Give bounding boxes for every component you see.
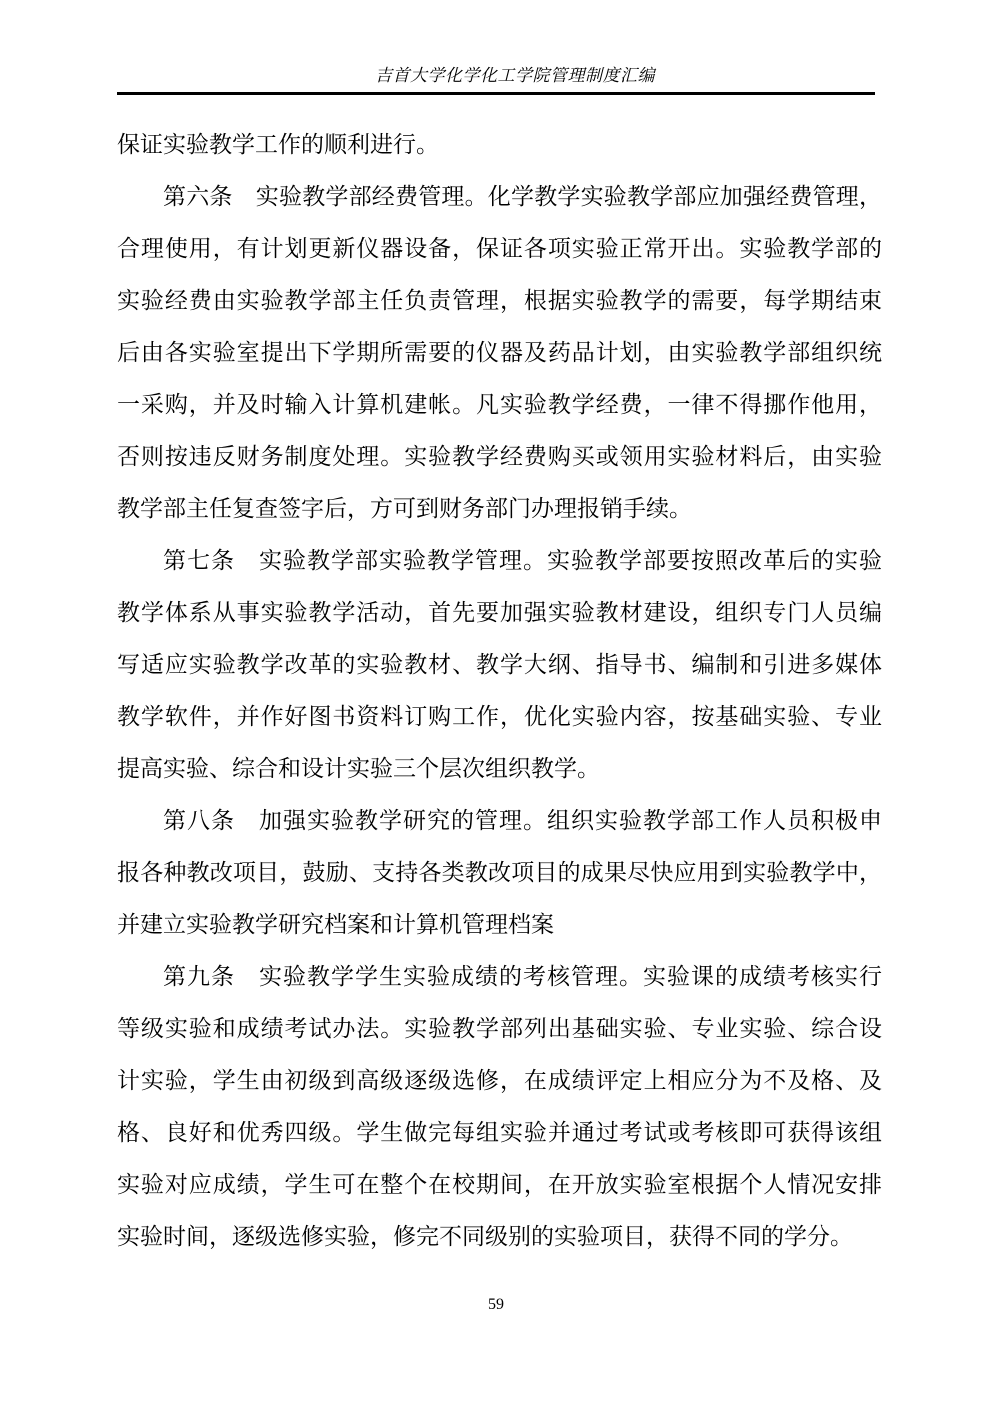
header-rule bbox=[117, 92, 875, 95]
text-line: 报各种教改项目，鼓励、支持各类教改项目的成果尽快应用到实验教学中， bbox=[117, 847, 882, 899]
text-line: 实验经费由实验教学部主任负责管理，根据实验教学的需要，每学期结束 bbox=[117, 275, 882, 327]
text-line: 否则按违反财务制度处理。实验教学经费购买或领用实验材料后，由实验 bbox=[117, 431, 882, 483]
text-line: 实验时间，逐级选修实验，修完不同级别的实验项目，获得不同的学分。 bbox=[117, 1211, 882, 1263]
document-body: 保证实验教学工作的顺利进行。第六条 实验教学部经费管理。化学教学实验教学部应加强… bbox=[117, 119, 882, 1263]
text-line: 计实验，学生由初级到高级逐级选修，在成绩评定上相应分为不及格、及 bbox=[117, 1055, 882, 1107]
text-line: 实验对应成绩，学生可在整个在校期间，在开放实验室根据个人情况安排 bbox=[117, 1159, 882, 1211]
text-line: 等级实验和成绩考试办法。实验教学部列出基础实验、专业实验、综合设 bbox=[117, 1003, 882, 1055]
text-line: 并建立实验教学研究档案和计算机管理档案 bbox=[117, 899, 882, 951]
text-line: 教学软件，并作好图书资料订购工作，优化实验内容，按基础实验、专业 bbox=[117, 691, 882, 743]
text-line: 提高实验、综合和设计实验三个层次组织教学。 bbox=[117, 743, 882, 795]
text-line: 保证实验教学工作的顺利进行。 bbox=[117, 119, 882, 171]
text-line: 第九条 实验教学学生实验成绩的考核管理。实验课的成绩考核实行 bbox=[117, 951, 882, 1003]
text-line: 合理使用，有计划更新仪器设备，保证各项实验正常开出。实验教学部的 bbox=[117, 223, 882, 275]
text-line: 第八条 加强实验教学研究的管理。组织实验教学部工作人员积极申 bbox=[117, 795, 882, 847]
header-title: 吉首大学化学化工学院管理制度汇编 bbox=[117, 66, 913, 86]
text-line: 一采购，并及时输入计算机建帐。凡实验教学经费，一律不得挪作他用， bbox=[117, 379, 882, 431]
text-line: 后由各实验室提出下学期所需要的仪器及药品计划，由实验教学部组织统 bbox=[117, 327, 882, 379]
text-line: 写适应实验教学改革的实验教材、教学大纲、指导书、编制和引进多媒体 bbox=[117, 639, 882, 691]
text-line: 格、良好和优秀四级。学生做完每组实验并通过考试或考核即可获得该组 bbox=[117, 1107, 882, 1159]
text-line: 教学部主任复查签字后，方可到财务部门办理报销手续。 bbox=[117, 483, 882, 535]
page-footer: 59 bbox=[0, 1294, 992, 1316]
text-line: 第七条 实验教学部实验教学管理。实验教学部要按照改革后的实验 bbox=[117, 535, 882, 587]
document-page: 吉首大学化学化工学院管理制度汇编 保证实验教学工作的顺利进行。第六条 实验教学部… bbox=[0, 0, 992, 1403]
text-line: 第六条 实验教学部经费管理。化学教学实验教学部应加强经费管理， bbox=[117, 171, 882, 223]
text-line: 教学体系从事实验教学活动，首先要加强实验教材建设，组织专门人员编 bbox=[117, 587, 882, 639]
page-number: 59 bbox=[488, 1296, 504, 1313]
